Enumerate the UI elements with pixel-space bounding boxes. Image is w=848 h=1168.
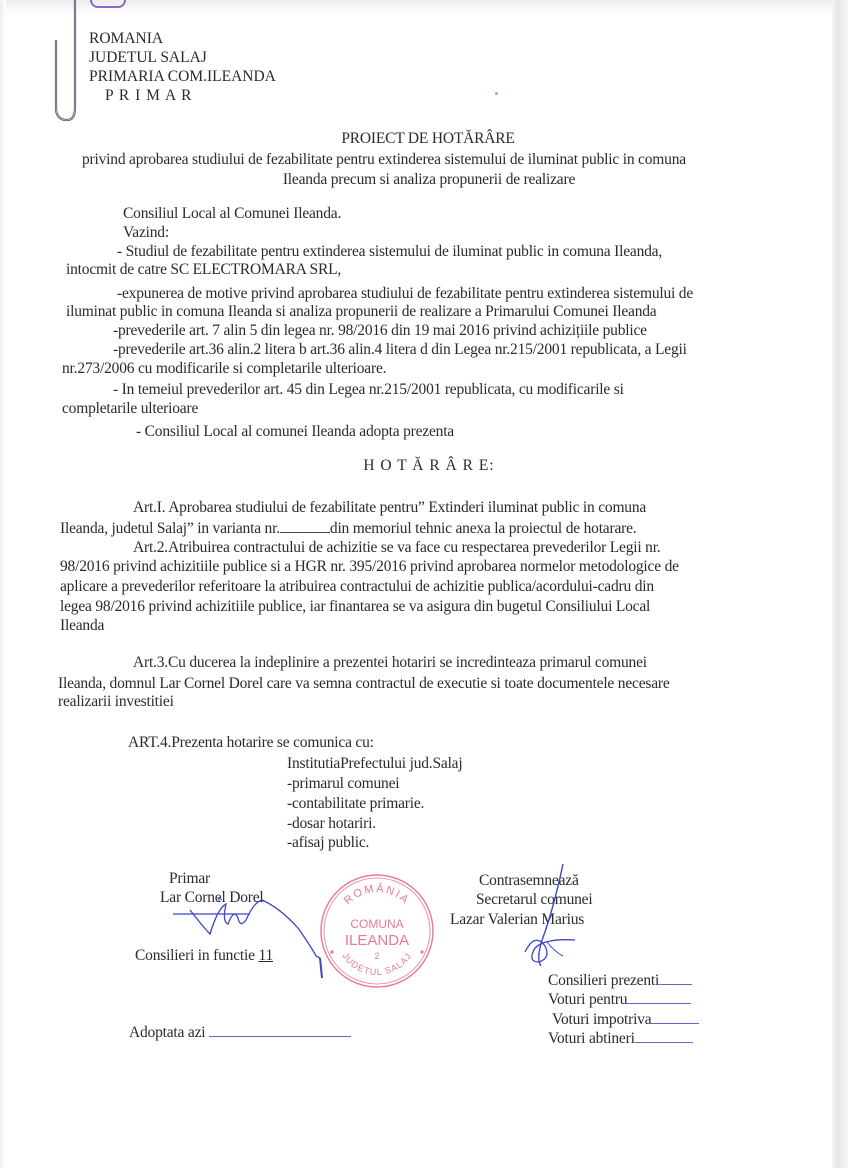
art1-line2-start: Ileanda, judetul Salaj” in varianta nr. (60, 520, 280, 537)
document-title: PROIECT DE HOTĂRÂRE (0, 130, 848, 148)
votes-abstain: Voturi abtineri (548, 1030, 693, 1048)
art2-line2: 98/2016 privind achizitiile publice si a… (60, 558, 679, 576)
header-municipality: PRIMARIA COM.ILEANDA (89, 67, 276, 86)
recipient-1: InstitutiaPrefectului jud.Salaj (287, 755, 462, 773)
preamble-item-2-line2: iluminat public in comuna Ileanda si ana… (66, 303, 656, 321)
mayor-title: Primar (169, 870, 210, 888)
votes-for-label: Voturi pentru (548, 991, 627, 1008)
stamp-number: 2 (374, 951, 379, 961)
stamp-commune-label: COMUNA (350, 917, 403, 931)
votes-abstain-label: Voturi abtineri (548, 1030, 635, 1047)
recipient-5: -afisaj public. (287, 834, 369, 852)
adopted-label: Adoptata azi (129, 1024, 205, 1041)
paperclip-icon (50, 0, 84, 124)
preamble-item-4-line1: -prevederile art.36 alin.2 litera b art.… (113, 341, 687, 359)
votes-present-blank (659, 972, 692, 985)
recipient-4: -dosar hotariri. (287, 815, 376, 833)
document-subtitle-line1: privind aprobarea studiului de fezabilit… (82, 151, 686, 169)
adopted-date: Adoptata azi (129, 1024, 351, 1042)
art1-line2: Ileanda, judetul Salaj” in varianta nr.d… (60, 520, 636, 538)
preamble-item-1-line1: - Studiul de fezabilitate pentru extinde… (117, 243, 662, 261)
art1-line2-end: din memoriul tehnic anexa la proiectul d… (330, 520, 637, 537)
preamble-adopts: - Consiliul Local al comunei Ileanda ado… (136, 423, 454, 441)
preamble-item-5-line1: - In temeiul prevederilor art. 45 din Le… (113, 381, 624, 399)
art3-line2: Ileanda, domnul Lar Cornel Dorel care va… (58, 675, 670, 693)
speck (495, 92, 498, 95)
council-name: Consiliul Local al Comunei Ileanda. (123, 205, 341, 223)
art2-line1: Art.2.Atribuirea contractului de achizit… (133, 539, 660, 557)
votes-against-label: Voturi impotriva (552, 1011, 651, 1028)
preamble-item-4-line2: nr.273/2006 cu modificarile si completar… (62, 360, 386, 378)
variant-number-blank (280, 520, 330, 533)
header-county: JUDETUL SALAJ (89, 48, 207, 67)
votes-against: Voturi impotriva (552, 1011, 699, 1029)
header-country: ROMANIA (89, 29, 163, 48)
votes-present-label: Consilieri prezenti (548, 972, 659, 989)
recipient-2: -primarul comunei (287, 775, 399, 793)
svg-text:ROMÂNIA: ROMÂNIA (342, 882, 412, 907)
recipient-3: -contabilitate primarie. (287, 795, 424, 813)
votes-against-blank (651, 1011, 699, 1024)
stamp-top-text: ROMÂNIA (342, 882, 412, 907)
art2-line4: legea 98/2016 privind achizitiile public… (60, 598, 650, 616)
official-stamp: ROMÂNIA COMUNA ILEANDA 2 JUDETUL SALAJ (318, 872, 436, 990)
preamble-item-3: -prevederile art. 7 alin 5 din legea nr.… (113, 322, 647, 340)
header-office: P R I M A R (105, 86, 193, 105)
adopted-date-blank (209, 1024, 351, 1037)
art1-line1: Art.I. Aprobarea studiului de fezabilita… (133, 499, 646, 517)
votes-present: Consilieri prezenti (548, 972, 692, 990)
art2-line5: Ileanda (60, 617, 104, 635)
preamble-item-2-line1: -expunerea de motive privind aprobarea s… (117, 285, 693, 303)
secretary-signature-icon (515, 862, 595, 972)
paperclip-top-icon (90, 0, 126, 8)
mayor-signature-icon (170, 898, 330, 988)
votes-for-blank (627, 991, 691, 1004)
votes-for: Voturi pentru (548, 991, 691, 1009)
decision-heading: H O T Ă R Â R E: (0, 457, 848, 475)
preamble-item-5-line2: completarile ulterioare (62, 400, 198, 418)
votes-abstain-blank (635, 1030, 693, 1043)
vazind-label: Vazind: (123, 224, 169, 242)
art4-line1: ART.4.Prezenta hotarire se comunica cu: (128, 734, 374, 752)
art2-line3: aplicare a prevederilor referitoare la a… (60, 578, 654, 596)
preamble-item-1-line2: intocmit de catre SC ELECTROMARA SRL, (66, 261, 341, 279)
art3-line1: Art.3.Cu ducerea la indeplinire a prezen… (133, 654, 647, 672)
stamp-commune-name: ILEANDA (345, 932, 409, 949)
document-subtitle-line2: Ileanda precum si analiza propunerii de … (0, 171, 848, 189)
art3-line3: realizarii investitiei (58, 693, 174, 711)
